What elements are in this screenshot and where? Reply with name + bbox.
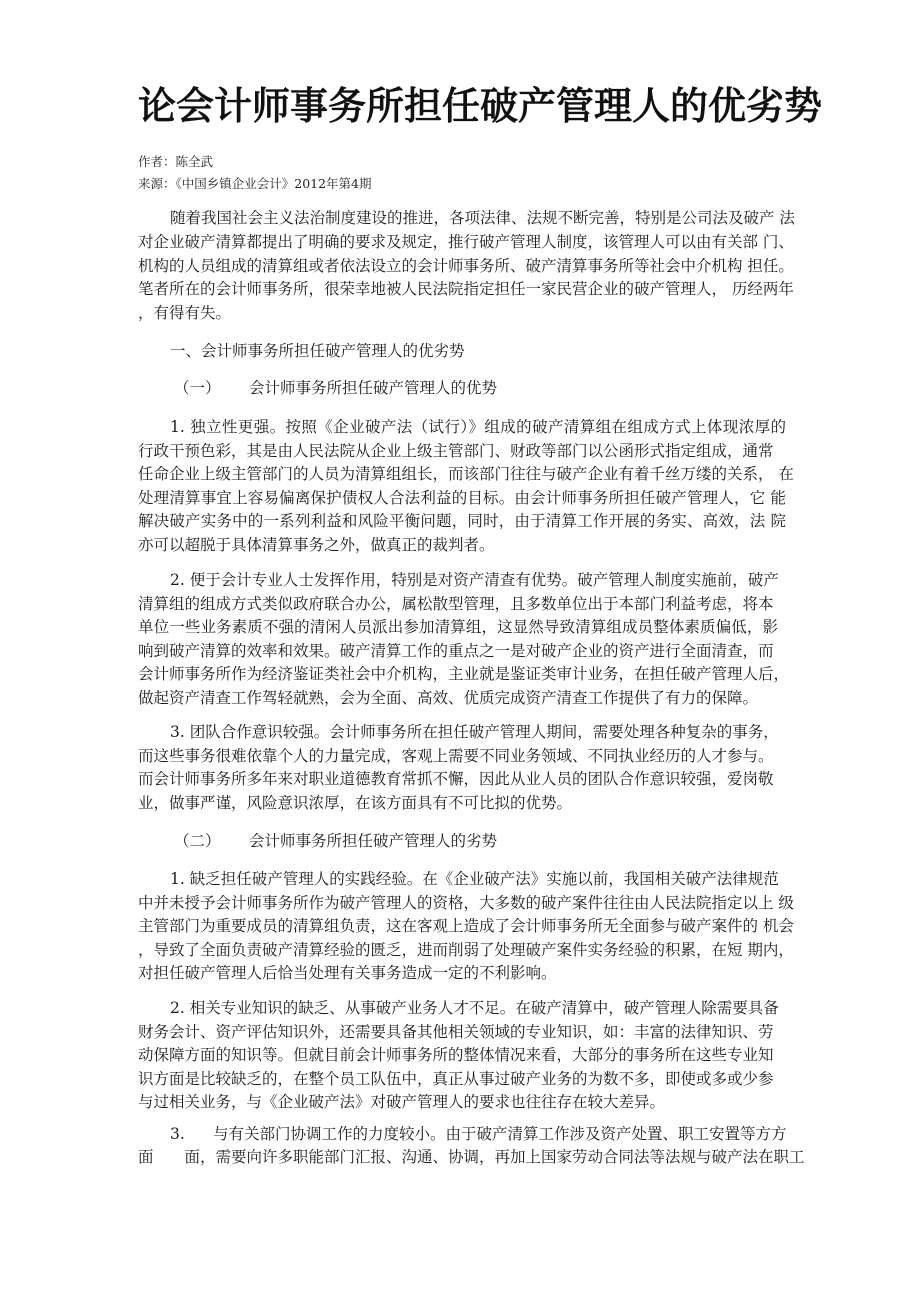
paragraph-line: 解决破产实务中的一系列利益和风险平衡问题，同时，由于清算工作开展的务实、高效，法… (138, 511, 786, 531)
subsection-number: （一） (174, 378, 221, 398)
paragraph-line: 做起资产清查工作驾轻就熟，会为全面、高效、优质完成资产清查工作提供了有力的保障。 (138, 688, 786, 708)
paragraph-line: 与有关部门协调工作的力度较小。由于破产清算工作涉及资产处置、职工安置等方方 (213, 1124, 786, 1144)
paragraph-line: 1. 独立性更强。按照《企业破产法（试行）》组成的破产清算组在组成方式上体现浓厚… (170, 417, 786, 437)
paragraph-line: ，有得有失。 (138, 303, 786, 323)
author-line: 作者：陈全武 (138, 154, 213, 170)
paragraph-line: 中并未授予会计师事务所作为破产管理人的资格，大多数的破产案件往往由人民法院指定以… (138, 893, 786, 913)
paragraph-line: 3. 团队合作意识较强。会计师事务所在担任破产管理人期间，需要处理各种复杂的事务… (170, 722, 778, 742)
subsection-number: （二） (174, 831, 221, 851)
paragraph-line: 笔者所在的会计师事务所，很荣幸地被人民法院指定担任一家民营企业的破产管理人， 历… (138, 279, 786, 299)
paragraph-line: 对企业破产清算都提出了明确的要求及规定，推行破产管理人制度，该管理人可以由有关部… (138, 232, 786, 252)
paragraph-line: 会计师事务所作为经济鉴证类社会中介机构，主业就是鉴证类审计业务，在担任破产管理人… (138, 664, 786, 684)
paragraph-line: 行政干预色彩，其是由人民法院从企业上级主管部门、财政等部门以公函形式指定组成，通… (138, 441, 766, 461)
paragraph-line: ，导致了全面负责破产清算经验的匮乏，进而削弱了处理破产案件实务经验的积累，在短 … (138, 940, 786, 960)
subsection-heading: 会计师事务所担任破产管理人的优势 (249, 378, 497, 398)
document-title: 论会计师事务所担任破产管理人的优劣势 (138, 82, 798, 130)
paragraph-line: 2. 便于会计专业人士发挥作用，特别是对资产清查有优势。破产管理人制度实施前，破… (170, 570, 778, 590)
paragraph-line: 而会计师事务所多年来对职业道德教育常抓不懈，因此从业人员的团队合作意识较强，爱岗… (138, 769, 766, 789)
paragraph-line: 2. 相关专业知识的缺乏、从事破产业务人才不足。在破产清算中，破产管理人除需要具… (170, 998, 778, 1018)
paragraph-line: 而这些事务很难依靠个人的力量完成，客观上需要不同业务领域、不同执业经历的人才参与… (138, 746, 770, 766)
subsection-heading: 会计师事务所担任破产管理人的劣势 (249, 831, 497, 851)
paragraph-line: 清算组的组成方式类似政府联合办公，属松散型管理，且多数单位出于本部门利益考虑，将… (138, 594, 766, 614)
paragraph-line: 1. 缺乏担任破产管理人的实践经验。在《企业破产法》实施以前，我国相关破产法律规… (170, 869, 774, 889)
paragraph-line: 面 面，需要向许多职能部门汇报、沟通、协调，再加上国家劳动合同法等法规与破产法在… (138, 1147, 786, 1167)
paragraph-line: 识方面是比较缺乏的，在整个员工队伍中，真正从事过破产业务的为数不多，即使或多或少… (138, 1069, 766, 1089)
paragraph-line: 单位一些业务素质不强的清闲人员派出参加清算组，这显然导致清算组成员整体素质偏低，… (138, 617, 778, 637)
source-line: 来源：《中国乡镇企业会计》2012年第4期 (138, 176, 372, 192)
paragraph-line: 财务会计、资产评估知识外，还需要具备其他相关领域的专业知识，如：丰富的法律知识、… (138, 1022, 766, 1042)
item-number: 3. (170, 1124, 185, 1144)
paragraph-line: 处理清算事宜上容易偏离保护债权人合法利益的目标。由会计师事务所担任破产管理人，它… (138, 488, 786, 508)
paragraph-line: 对担任破产管理人后恰当处理有关事务造成一定的不利影响。 (138, 963, 786, 983)
document-page: 论会计师事务所担任破产管理人的优劣势 作者：陈全武 来源：《中国乡镇企业会计》2… (0, 0, 920, 1302)
paragraph-line: 业，做事严谨，风险意识浓厚，在该方面具有不可比拟的优势。 (138, 793, 786, 813)
section-heading: 一、会计师事务所担任破产管理人的优劣势 (170, 341, 465, 361)
paragraph-line: 任命企业上级主管部门的人员为清算组组长，而该部门往往与破产企业有着千丝万缕的关系… (138, 464, 786, 484)
paragraph-line: 主管部门为重要成员的清算组负责，这在客观上造成了会计师事务所无全面参与破产案件的… (138, 916, 786, 936)
paragraph-line: 亦可以超脱于具体清算事务之外，做真正的裁判者。 (138, 535, 786, 555)
paragraph-line: 随着我国社会主义法治制度建设的推进，各项法律、法规不断完善，特别是公司法及破产 … (170, 208, 786, 228)
paragraph-line: 响到破产清算的效率和效果。破产清算工作的重点之一是对破产企业的资产进行全面清查，… (138, 641, 766, 661)
paragraph-line: 机构的人员组成的清算组或者依法设立的会计师事务所、破产清算事务所等社会中介机构 … (138, 256, 786, 276)
paragraph-line: 与过相关业务，与《企业破产法》对破产管理人的要求也往往存在较大差异。 (138, 1092, 786, 1112)
paragraph-line: 动保障方面的知识等。但就目前会计师事务所的整体情况来看，大部分的事务所在这些专业… (138, 1045, 766, 1065)
